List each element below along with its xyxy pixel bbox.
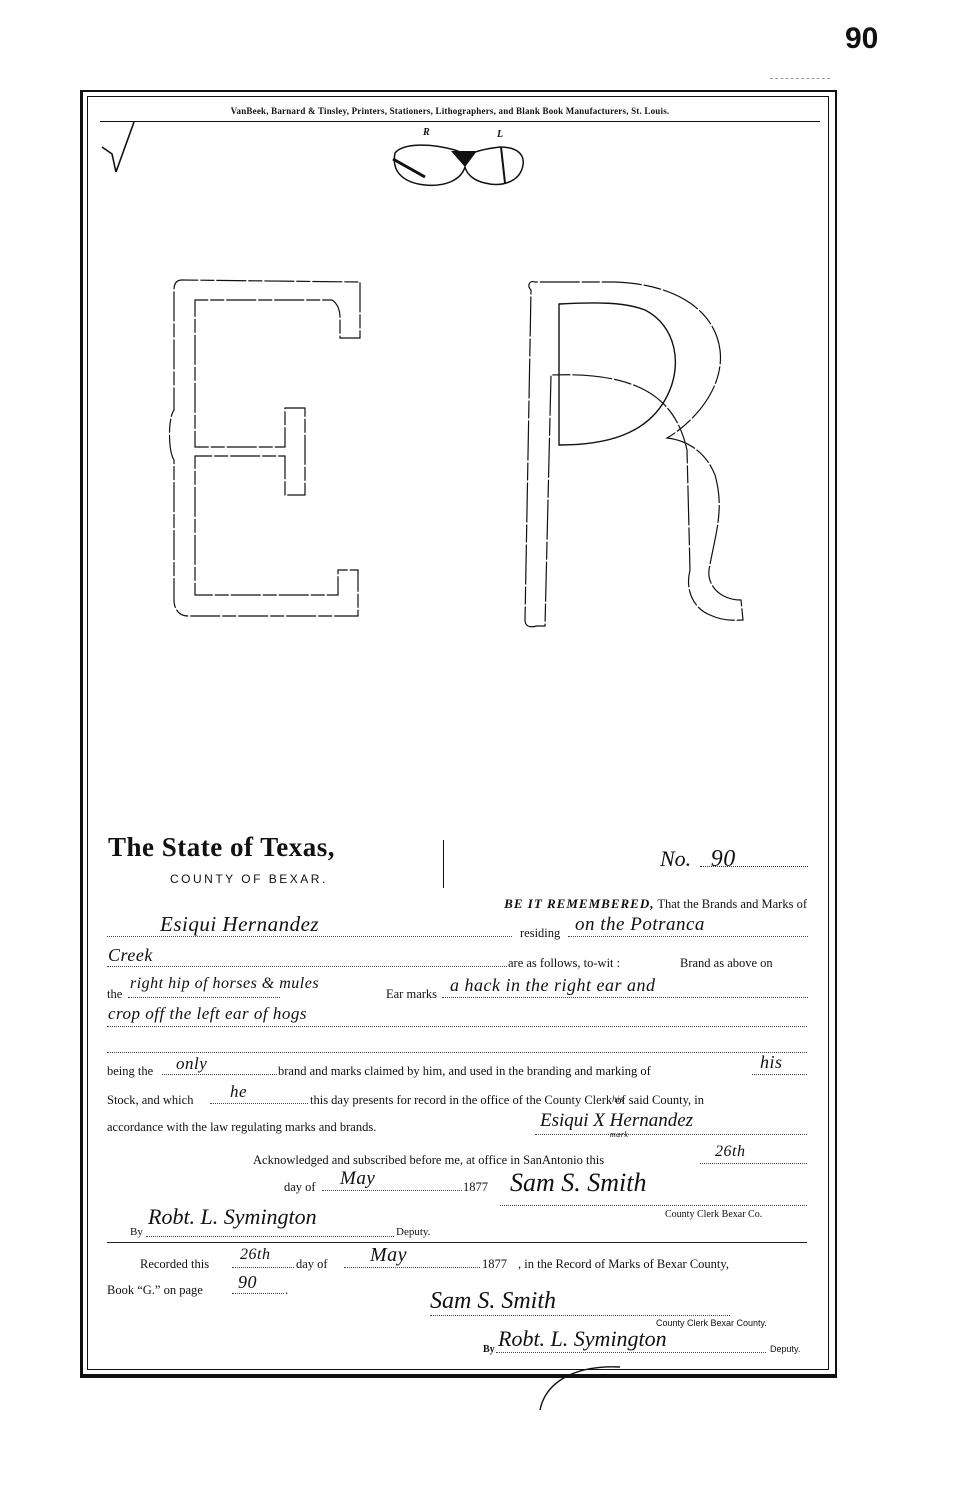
accordance-text: accordance with the law regulating marks… [107, 1120, 376, 1135]
book-period: . [285, 1283, 288, 1298]
deputy-signature: Robt. L. Symington [148, 1204, 317, 1230]
ack-month-line [322, 1190, 462, 1191]
printer-imprint: VanBeek, Barnard & Tinsley, Printers, St… [100, 106, 800, 116]
rec-month-value: May [370, 1244, 407, 1267]
signature-flourish [530, 1355, 650, 1415]
deputy-label: Deputy. [396, 1226, 430, 1238]
day-of-label: day of [284, 1180, 316, 1195]
are-as-follows: are as follows, to-wit : [508, 956, 620, 971]
brand-location-line [128, 997, 280, 998]
ear-marks-line-2 [107, 1026, 807, 1027]
rec-month-line [344, 1267, 480, 1268]
header-brace [437, 840, 444, 888]
ear-marks-value-2: crop off the left ear of hogs [108, 1004, 307, 1024]
which-line [210, 1103, 308, 1104]
rec-day-line [232, 1267, 294, 1268]
clerk-title-2: County Clerk Bexar County. [656, 1318, 767, 1328]
owner-signature: Esiqui X Hernandez [540, 1110, 693, 1132]
clerk-title: County Clerk Bexar Co. [665, 1209, 762, 1220]
residence-line-2 [107, 966, 507, 967]
book-label: Book “G.” on page [107, 1283, 203, 1298]
by-label: By [130, 1226, 143, 1238]
state-title: The State of Texas, [108, 832, 335, 863]
residence-value-2: Creek [108, 945, 153, 966]
blank-line [107, 1052, 807, 1053]
rec-tail: , in the Record of Marks of Bexar County… [518, 1257, 729, 1272]
brand-location: right hip of horses & mules [130, 975, 319, 993]
clerk-signature: Sam S. Smith [510, 1168, 647, 1198]
ear-marks-diagram: R L [385, 125, 535, 200]
owner-mark-mark: mark [610, 1130, 628, 1139]
book-page-line [232, 1293, 284, 1294]
brand-claimed-text: brand and marks claimed by him, and used… [278, 1064, 651, 1079]
rec-day-of-label: day of [296, 1257, 328, 1272]
being-the-line [162, 1074, 277, 1075]
scan-specks [770, 78, 830, 79]
section-divider [107, 1242, 807, 1243]
ear-marks-line [442, 997, 808, 998]
clerk-signature-2: Sam S. Smith [430, 1288, 556, 1315]
ear-marks-label: Ear marks [386, 987, 437, 1002]
ear-right-label: R [423, 127, 430, 138]
deputy-signature-2: Robt. L. Symington [498, 1326, 667, 1352]
record-number-value: 90 [711, 846, 736, 872]
ack-year: 1877 [463, 1180, 488, 1195]
residence-value: on the Potranca [575, 914, 705, 936]
ack-day-value: 26th [715, 1143, 745, 1161]
county-name: COUNTY OF BEXAR. [170, 872, 328, 886]
record-number-line [700, 866, 808, 867]
deputy-label-2: Deputy. [770, 1344, 800, 1354]
record-number-label: No. 90 [660, 846, 736, 873]
rec-year: 1877 [482, 1257, 507, 1272]
page-number: 90 [845, 22, 878, 56]
header-rule [100, 121, 820, 122]
owner-name: Esiqui Hernandez [160, 912, 319, 937]
ack-day-line [700, 1163, 807, 1164]
rec-day-value: 26th [240, 1246, 270, 1264]
presents-text: this day presents for record in the offi… [310, 1093, 704, 1108]
intro-tail: That the Brands and Marks of [657, 897, 807, 911]
residing-label: residing [520, 926, 560, 941]
book-page-value: 90 [238, 1272, 257, 1293]
the-label: the [107, 987, 122, 1002]
deputy-line [146, 1236, 394, 1237]
brand-as-above: Brand as above on [680, 956, 773, 971]
marking-of-line [752, 1074, 807, 1075]
deputy-line-2 [496, 1352, 766, 1353]
by-label-2: By [483, 1344, 495, 1355]
being-the-value: only [176, 1054, 207, 1074]
owner-signature-line [535, 1134, 807, 1135]
which-value: he [230, 1082, 247, 1102]
record-number-prefix: No. [660, 846, 691, 871]
ear-left-label: L [497, 129, 503, 140]
be-it-remembered: BE IT REMEMBERED, [504, 896, 654, 911]
marking-of-value: his [760, 1052, 783, 1073]
being-the-label: being the [107, 1064, 153, 1079]
residence-line [568, 936, 808, 937]
stock-and-which-label: Stock, and which [107, 1093, 193, 1108]
ear-marks-icon [385, 125, 535, 195]
check-mark-icon [100, 112, 160, 172]
recorded-this-label: Recorded this [140, 1257, 209, 1272]
ear-marks-value: a hack in the right ear and [450, 975, 655, 996]
clerk-signature-line-2 [430, 1315, 730, 1316]
brand-letters-er [160, 270, 800, 650]
intro-line: BE IT REMEMBERED, That the Brands and Ma… [355, 896, 807, 912]
ack-month-value: May [340, 1168, 375, 1190]
clerk-signature-line [500, 1205, 807, 1206]
owner-mark-his: his [612, 1094, 624, 1104]
acknowledged-text: Acknowledged and subscribed before me, a… [253, 1153, 604, 1168]
